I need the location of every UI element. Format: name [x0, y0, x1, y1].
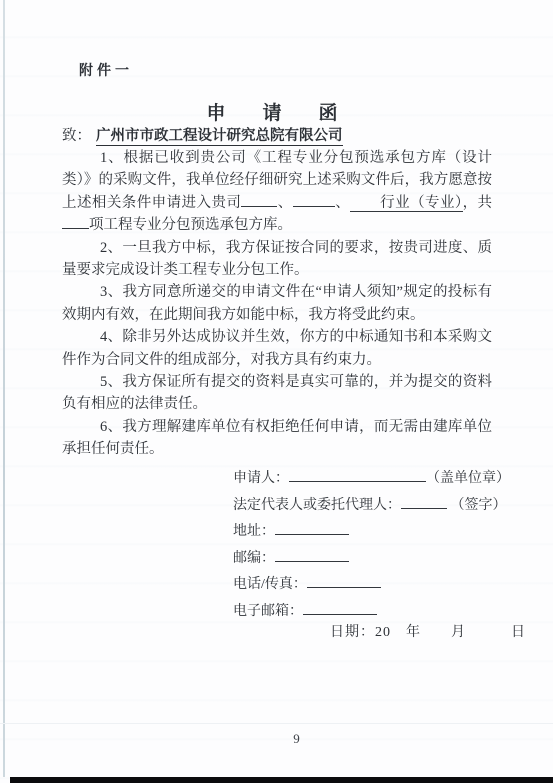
- date-line: 日期：20 年 月 日: [330, 621, 526, 641]
- signature-row-phone-fax: 电话/传真：: [233, 574, 510, 592]
- paragraph-2: 2、一旦我方中标，我方保证按合同的要求，按贵司进度、质量要求完成设计类工程专业分…: [62, 237, 492, 282]
- paragraph-4: 4、除非另外达成协议并生效，你方的中标通知书和本采购文件作为合同文件的组成部分，…: [62, 326, 492, 371]
- footer-divider: [0, 723, 553, 724]
- paragraph-6: 6、我方理解建库单位有权拒绝任何申请，而无需由建库单位承担任何责任。: [62, 416, 492, 461]
- letter-body: 1、根据已收到贵公司《工程专业分包预选承包方库（设计类）》的采购文件，我单位经仔…: [62, 147, 492, 461]
- blank-applicant: [289, 468, 426, 482]
- blank-legal-rep: [401, 495, 447, 509]
- email-label: 电子邮箱：: [233, 604, 303, 619]
- signature-row-postcode: 邮编：: [233, 548, 510, 566]
- addressee-prefix: 致：: [62, 128, 91, 144]
- signature-block: 申请人：（盖单位章） 法定代表人或委托代理人： （签字） 地址： 邮编： 电话/…: [233, 468, 510, 627]
- paragraph-3: 3、我方同意所递交的申请文件在“申请人须知”规定的投标有效期内有效，在此期间我方…: [62, 281, 492, 326]
- blank-industry-1: [241, 193, 277, 207]
- signature-row-email: 电子邮箱：: [233, 601, 510, 619]
- blank-phone-fax: [307, 574, 381, 588]
- paragraph-1-sep2: 、: [335, 195, 350, 211]
- signature-row-address: 地址：: [233, 521, 510, 539]
- paragraph-1-tail: 项工程专业分包预选承包方库。: [89, 217, 292, 233]
- scanned-document-page: 附件一 申 请 函 致：广州市市政工程设计研究总院有限公司 1、根据已收到贵公司…: [0, 0, 553, 783]
- legal-rep-suffix: （签字）: [451, 498, 507, 513]
- phone-fax-label: 电话/传真：: [233, 577, 307, 592]
- blank-address: [275, 521, 349, 535]
- paragraph-1-sep1: 、: [277, 195, 292, 211]
- addressee-company: 广州市市政工程设计研究总院有限公司: [96, 128, 343, 146]
- scan-bottom-bar-artifact: [10, 777, 553, 783]
- scan-edge-artifact: [3, 0, 5, 777]
- signature-row-legal-rep: 法定代表人或委托代理人： （签字）: [233, 495, 510, 513]
- paragraph-1: 1、根据已收到贵公司《工程专业分包预选承包方库（设计类）》的采购文件，我单位经仔…: [62, 147, 492, 237]
- blank-item-count: [62, 215, 89, 229]
- document-title: 申 请 函: [62, 98, 491, 125]
- paragraph-1-mid: ，共: [463, 195, 492, 211]
- signature-row-applicant: 申请人：（盖单位章）: [233, 468, 510, 486]
- applicant-label: 申请人：: [233, 471, 289, 486]
- blank-industry-2: [293, 193, 335, 207]
- legal-rep-label: 法定代表人或委托代理人：: [233, 498, 401, 513]
- industry-label: 行业（专业）: [380, 195, 462, 211]
- address-label: 地址：: [233, 524, 275, 539]
- blank-email: [303, 601, 377, 615]
- paragraph-5: 5、我方保证所有提交的资料是真实可靠的，并为提交的资料负有相应的法律责任。: [62, 371, 492, 416]
- attachment-label: 附件一: [79, 60, 133, 80]
- page-number: 9: [40, 731, 553, 747]
- addressee-line: 致：广州市市政工程设计研究总院有限公司: [62, 124, 343, 145]
- postcode-label: 邮编：: [233, 551, 275, 566]
- blank-postcode: [275, 548, 349, 562]
- blank-industry-3-with-label: 行业（专业）: [350, 195, 462, 212]
- applicant-suffix: （盖单位章）: [426, 471, 510, 486]
